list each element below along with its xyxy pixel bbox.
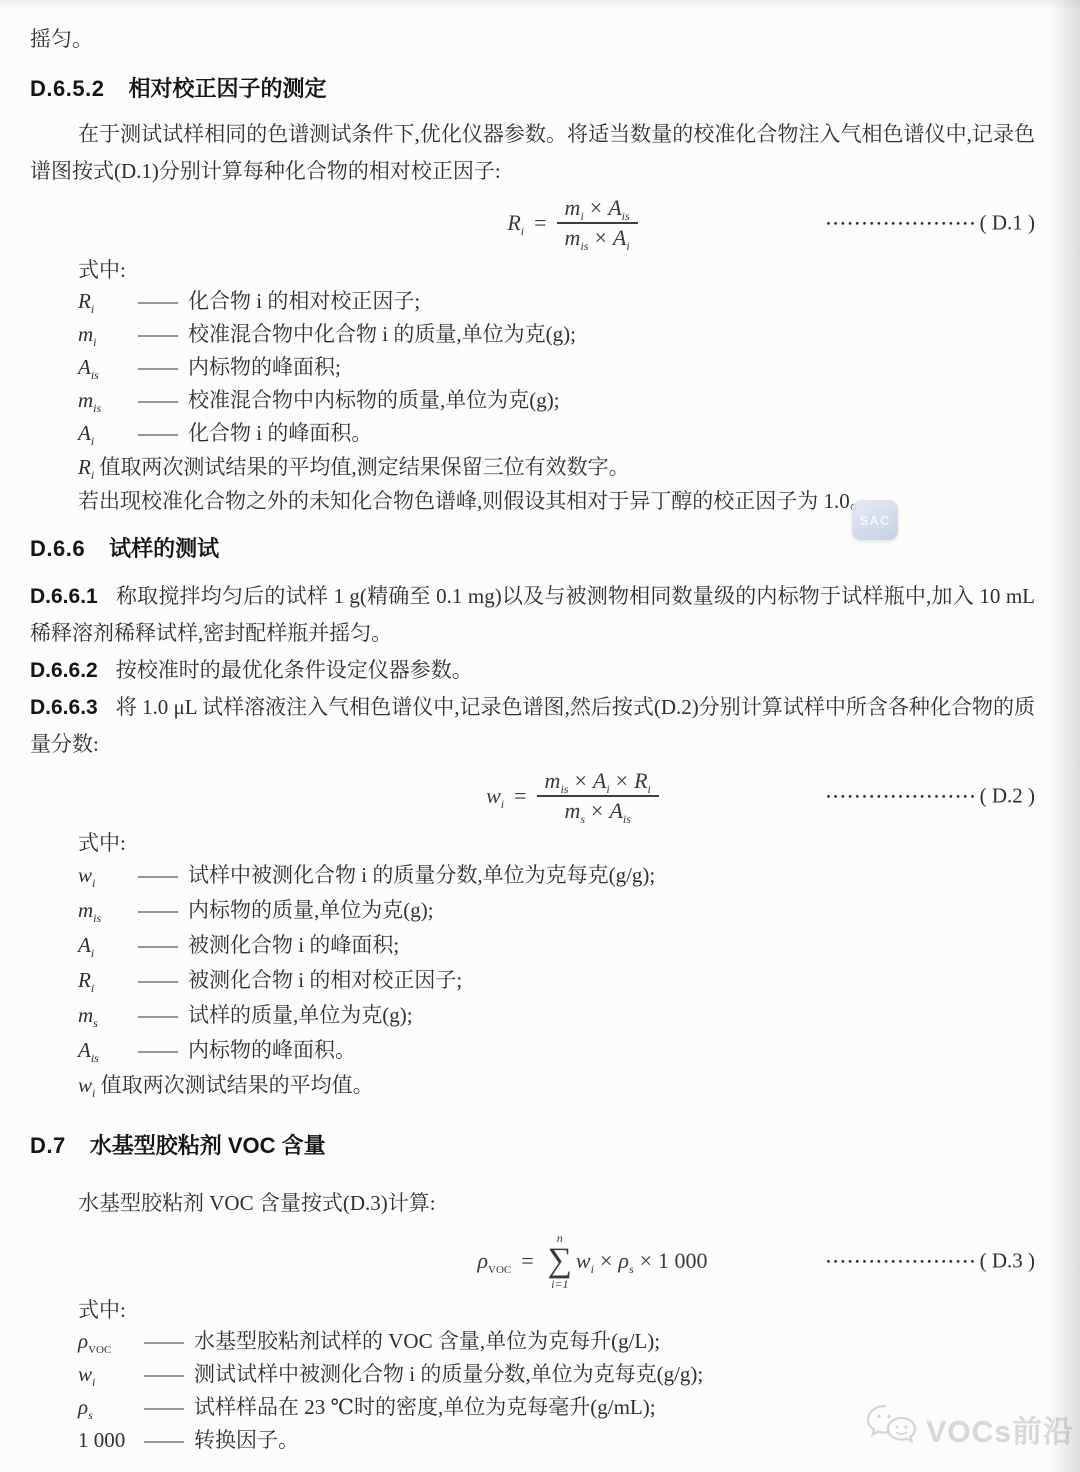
definition-dash: —— (138, 893, 176, 928)
watermark-text: VOCs前沿 (926, 1407, 1074, 1451)
where-label: 式中: (30, 255, 1035, 285)
definition-row: Ais —— 内标物的峰面积; (78, 351, 1035, 384)
definition-dash: —— (138, 351, 176, 384)
wechat-icon (864, 1402, 918, 1456)
definition-dash: —— (144, 1424, 182, 1457)
math-var: ρVOC (477, 1248, 511, 1274)
math-subscript: i (591, 1262, 594, 1276)
watermark: VOCs前沿 (864, 1402, 1074, 1456)
formula-d3: ρVOC = n ∑ i=1 wi × ρs × 1 000 •••••••••… (30, 1230, 1035, 1292)
formula-d1-reference: •••••••••••••••••••••( D.1 ) (826, 209, 1035, 235)
equals-sign: = (534, 210, 546, 236)
equals-sign: = (521, 1248, 533, 1274)
definition-row: Ri —— 化合物 i 的相对校正因子; (78, 285, 1035, 318)
scan-edge-top (0, 0, 1080, 10)
definition-symbol: ms (78, 998, 138, 1033)
definition-row: ms —— 试样的质量,单位为克(g); (78, 998, 1035, 1033)
math-var: wi (576, 1248, 594, 1274)
sac-stamp: SAC (852, 500, 898, 540)
multiply-sign: × (616, 768, 628, 793)
where-label: 式中: (30, 1295, 1035, 1325)
clause-d661: D.6.6.1称取搅拌均匀后的试样 1 g(精确至 0.1 mg)以及与被测物相… (30, 578, 1035, 652)
fraction-denominator: mis×Ai (557, 224, 638, 251)
multiply-sign: × (594, 225, 606, 250)
document-page: 摇匀。 D.6.5.2相对校正因子的测定 在于测试试样相同的色谱测试条件下,优化… (0, 0, 1080, 1472)
definition-symbol: Ai (78, 417, 138, 450)
definition-symbol: Ais (78, 1033, 138, 1068)
note-text: 值取两次测试结果的平均值。 (95, 1073, 373, 1097)
definition-dash: —— (144, 1391, 182, 1424)
paragraph-d7-intro: 水基型胶粘剂 VOC 含量按式(D.3)计算: (30, 1185, 1035, 1222)
definition-dash: —— (138, 417, 176, 450)
math-var: wi (486, 783, 504, 809)
summation: n ∑ i=1 (548, 1232, 572, 1291)
definition-symbol: mi (78, 318, 138, 351)
sac-stamp-text: SAC (860, 513, 890, 528)
definition-text: 水基型胶粘剂试样的 VOC 含量,单位为克每升(g/L); (194, 1325, 660, 1358)
math-subscript: i (580, 209, 583, 223)
definition-symbol: mis (78, 893, 138, 928)
section-heading-d7: D.7水基型胶粘剂 VOC 含量 (30, 1131, 1035, 1161)
math-constant: 1 000 (658, 1248, 708, 1274)
math-var: Ri (507, 210, 524, 236)
definition-dash: —— (144, 1358, 182, 1391)
definition-dash: —— (138, 318, 176, 351)
definition-dash: —— (138, 998, 176, 1033)
dot-leader: ••••••••••••••••••••• (826, 216, 977, 230)
clause-number: D.6.6.2 (30, 659, 98, 682)
definition-symbol: ρs (78, 1391, 144, 1424)
multiply-sign: × (591, 798, 603, 823)
multiply-sign: × (640, 1248, 652, 1274)
note-text: 值取两次测试结果的平均值,测定结果保留三位有效数字。 (94, 455, 630, 479)
definition-text: 试样中被测化合物 i 的质量分数,单位为克每克(g/g); (188, 858, 655, 893)
math-var: m (564, 798, 580, 823)
clause-d663: D.6.6.3将 1.0 μL 试样溶液注入气相色谱仪中,记录色谱图,然后按式(… (30, 689, 1035, 763)
math-var: A (593, 768, 606, 793)
definition-symbol: mis (78, 384, 138, 417)
definition-text: 校准混合物中内标物的质量,单位为克(g); (188, 384, 560, 417)
clause-d662: D.6.6.2按校准时的最优化条件设定仪器参数。 (30, 652, 1035, 689)
math-subscript: s (629, 1262, 634, 1276)
math-subscript: i (501, 797, 504, 811)
definition-row: mis —— 内标物的质量,单位为克(g); (78, 893, 1035, 928)
definition-text: 内标物的质量,单位为克(g); (188, 893, 434, 928)
definition-text: 试样的质量,单位为克(g); (188, 998, 413, 1033)
definition-text: 内标物的峰面积; (188, 351, 341, 384)
definition-symbol: Ai (78, 928, 138, 963)
definition-dash: —— (138, 858, 176, 893)
definition-dash: —— (138, 384, 176, 417)
math-var: A (609, 798, 622, 823)
definition-symbol: wi (78, 858, 138, 893)
definition-text: 内标物的峰面积。 (188, 1033, 356, 1068)
definition-row: mi —— 校准混合物中化合物 i 的质量,单位为克(g); (78, 318, 1035, 351)
definition-row: ρVOC —— 水基型胶粘剂试样的 VOC 含量,单位为克每升(g/L); (78, 1325, 1035, 1358)
math-subscript: i (648, 782, 651, 796)
definition-list-d1: Ri —— 化合物 i 的相对校正因子; mi —— 校准混合物中化合物 i 的… (30, 285, 1035, 450)
clause-text: 称取搅拌均匀后的试样 1 g(精确至 0.1 mg)以及与被测物相同数量级的内标… (30, 584, 1035, 645)
definition-list-d2: wi —— 试样中被测化合物 i 的质量分数,单位为克每克(g/g); mis … (30, 858, 1035, 1068)
math-subscript: i (521, 224, 524, 238)
equals-sign: = (514, 783, 526, 809)
definition-text: 被测化合物 i 的相对校正因子; (188, 963, 462, 998)
definition-dash: —— (144, 1325, 182, 1358)
formula-d2-reference: •••••••••••••••••••••( D.2 ) (826, 782, 1035, 808)
formula-d3-reference: •••••••••••••••••••••( D.3 ) (826, 1247, 1035, 1273)
definition-text: 校准混合物中化合物 i 的质量,单位为克(g); (188, 318, 576, 351)
multiply-sign: × (600, 1248, 612, 1274)
definition-symbol: ρVOC (78, 1325, 144, 1358)
math-subscript: i (606, 782, 609, 796)
math-subscript: s (580, 812, 585, 826)
section-title: 试样的测试 (109, 536, 219, 561)
definition-text: 试样样品在 23 ℃时的密度,单位为克每毫升(g/mL); (194, 1391, 656, 1424)
dot-leader: ••••••••••••••••••••• (826, 1254, 977, 1268)
section-number: D.6.6 (30, 536, 85, 561)
fraction: mis×Ai×Ri ms×Ais (537, 768, 659, 824)
section-title: 相对校正因子的测定 (128, 76, 326, 101)
definition-text: 被测化合物 i 的峰面积; (188, 928, 399, 963)
where-label: 式中: (30, 828, 1035, 858)
math-var: A (608, 195, 621, 220)
formula-d3-expression: ρVOC = n ∑ i=1 wi × ρs × 1 000 (477, 1232, 707, 1291)
section-number: D.6.5.2 (30, 76, 104, 101)
formula-d2-expression: wi = mis×Ai×Ri ms×Ais (486, 768, 659, 824)
math-subscript: VOC (488, 1264, 511, 1276)
clause-text: 按校准时的最优化条件设定仪器参数。 (116, 658, 473, 682)
formula-label: ( D.2 ) (980, 783, 1035, 807)
definition-symbol: Ri (78, 285, 138, 318)
sigma-symbol: ∑ (548, 1244, 572, 1278)
fraction-denominator: ms×Ais (556, 797, 638, 824)
fraction-numerator: mi×Ais (557, 195, 638, 224)
math-subscript: i (626, 239, 629, 253)
math-var: R (634, 768, 647, 793)
math-subscript: is (560, 782, 568, 796)
multiply-sign: × (574, 768, 586, 793)
clause-text: 将 1.0 μL 试样溶液注入气相色谱仪中,记录色谱图,然后按式(D.2)分别计… (30, 695, 1035, 756)
definition-dash: —— (138, 1033, 176, 1068)
formula-label: ( D.3 ) (980, 1248, 1035, 1272)
math-subscript: is (623, 812, 631, 826)
formula-d1: Ri = mi×Ais mis×Ai •••••••••••••••••••••… (30, 194, 1035, 252)
math-var: ρs (618, 1248, 633, 1274)
clause-number: D.6.6.3 (30, 696, 98, 719)
definition-symbol: Ais (78, 351, 138, 384)
definition-row: wi —— 测试试样中被测化合物 i 的质量分数,单位为克每克(g/g); (78, 1358, 1035, 1391)
section-title: 水基型胶粘剂 VOC 含量 (90, 1133, 326, 1158)
math-subscript: is (580, 239, 588, 253)
definition-text: 测试试样中被测化合物 i 的质量分数,单位为克每克(g/g); (194, 1358, 703, 1391)
multiply-sign: × (590, 195, 602, 220)
continuation-line: 摇匀。 (30, 24, 1035, 54)
note-text: 若出现校准化合物之外的未知化合物色谱峰,则假设其相对于异丁醇的校正因子为 1.0… (78, 489, 871, 513)
definition-row: mis —— 校准混合物中内标物的质量,单位为克(g); (78, 384, 1035, 417)
definition-row: Ai —— 化合物 i 的峰面积。 (78, 417, 1035, 450)
definition-text: 转换因子。 (194, 1424, 299, 1457)
note-line: wi 值取两次测试结果的平均值。 (30, 1068, 1035, 1103)
note-line: Ri 值取两次测试结果的平均值,测定结果保留三位有效数字。 (30, 450, 1035, 484)
section-heading-d652: D.6.5.2相对校正因子的测定 (30, 74, 1035, 104)
definition-symbol: 1 000 (78, 1424, 144, 1457)
definition-text: 化合物 i 的峰面积。 (188, 417, 372, 450)
formula-label: ( D.1 ) (980, 210, 1035, 234)
math-var: m (545, 768, 561, 793)
definition-symbol: Ri (78, 963, 138, 998)
fraction-numerator: mis×Ai×Ri (537, 768, 659, 797)
definition-row: Ai —— 被测化合物 i 的峰面积; (78, 928, 1035, 963)
summation-lower-limit: i=1 (551, 1278, 568, 1291)
definition-row: Ri —— 被测化合物 i 的相对校正因子; (78, 963, 1035, 998)
math-var: A (613, 225, 626, 250)
definition-symbol: wi (78, 1358, 144, 1391)
math-var: R (78, 455, 91, 479)
definition-dash: —— (138, 285, 176, 318)
section-number: D.7 (30, 1133, 66, 1158)
formula-d1-expression: Ri = mi×Ais mis×Ai (507, 195, 637, 251)
math-var: m (565, 195, 581, 220)
fraction: mi×Ais mis×Ai (557, 195, 638, 251)
definition-row: Ais —— 内标物的峰面积。 (78, 1033, 1035, 1068)
paragraph-d652-intro: 在于测试试样相同的色谱测试条件下,优化仪器参数。将适当数量的校准化合物注入气相色… (30, 116, 1035, 190)
definition-dash: —— (138, 928, 176, 963)
scan-edge-right (1050, 0, 1080, 1472)
definition-dash: —— (138, 963, 176, 998)
definition-text: 化合物 i 的相对校正因子; (188, 285, 420, 318)
math-var: w (78, 1073, 92, 1097)
definition-row: wi —— 试样中被测化合物 i 的质量分数,单位为克每克(g/g); (78, 858, 1035, 893)
math-subscript: is (622, 209, 630, 223)
dot-leader: ••••••••••••••••••••• (826, 789, 977, 803)
clause-number: D.6.6.1 (30, 585, 98, 608)
formula-d2: wi = mis×Ai×Ri ms×Ais ••••••••••••••••••… (30, 767, 1035, 825)
math-var: m (565, 225, 581, 250)
